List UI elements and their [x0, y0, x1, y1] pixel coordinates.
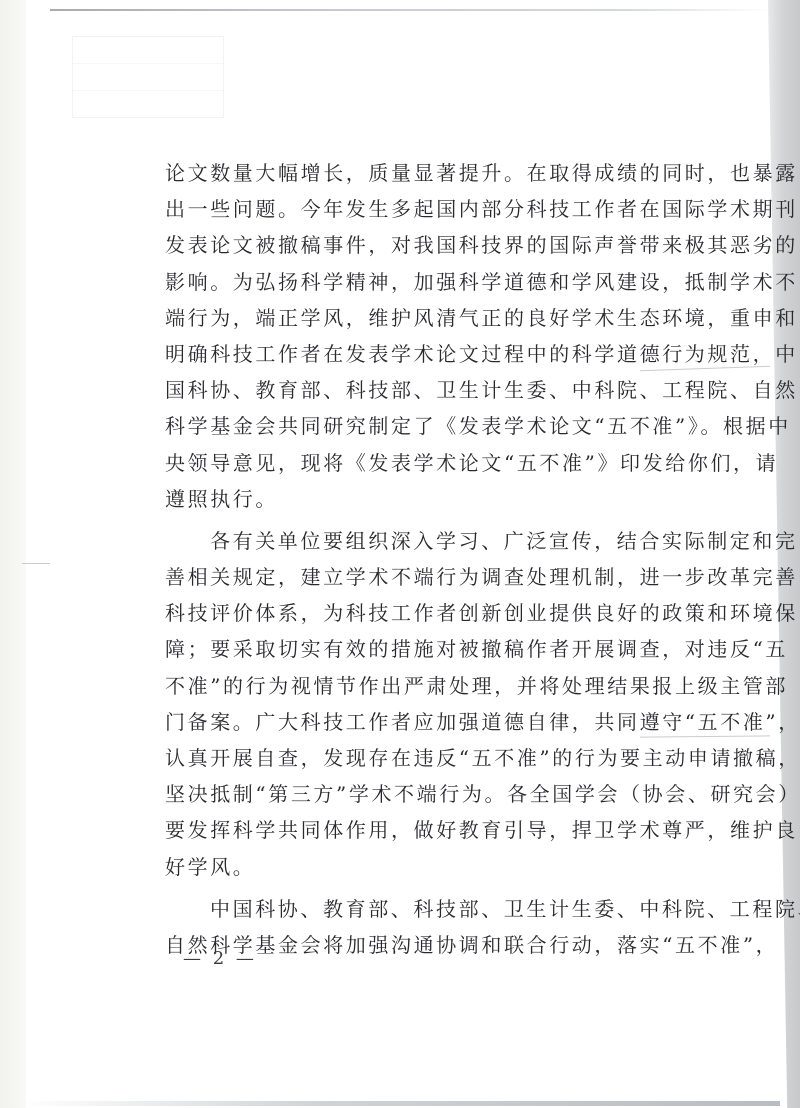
text-line: 央领导意见，现将《发表学术论文“五不准”》印发给你们，请 — [165, 445, 685, 481]
text-line: 善相关规定，建立学术不端行为调查处理机制，进一步改革完善 — [165, 559, 685, 595]
text-line: 国科协、教育部、科技部、卫生计生委、中科院、工程院、自然 — [165, 372, 685, 408]
document-body: 论文数量大幅增长，质量显著提升。在取得成绩的同时，也暴露 出一些问题。今年发生多… — [165, 155, 685, 963]
text-line: 门备案。广大科技工作者应加强道德自律，共同遵守“五不准”， — [165, 704, 685, 740]
text-line: 中国科协、教育部、科技部、卫生计生委、中科院、工程院、 — [165, 891, 685, 927]
text-line: 坚决抵制“第三方”学术不端行为。各全国学会（协会、研究会） — [165, 776, 685, 812]
scan-left-edge — [0, 0, 26, 1108]
text-line: 障；要采取切实有效的措施对被撤稿作者开展调查，对违反“五 — [165, 631, 685, 667]
text-line: 遵照执行。 — [165, 481, 685, 517]
fold-line-left — [22, 563, 50, 564]
text-line: 出一些问题。今年发生多起国内部分科技工作者在国际学术期刊 — [165, 191, 685, 227]
scan-bottom-border — [20, 1101, 780, 1106]
text-line: 认真开展自查，发现存在违反“五不准”的行为要主动申请撤稿， — [165, 740, 685, 776]
text-line: 各有关单位要组织深入学习、广泛宣传，结合实际制定和完 — [165, 523, 685, 559]
text-line: 发表论文被撤稿事件，对我国科技界的国际声誉带来极其恶劣的 — [165, 227, 685, 263]
text-line: 好学风。 — [165, 849, 685, 885]
text-line: 要发挥科学共同体作用，做好教育引导，捍卫学术尊严，维护良 — [165, 812, 685, 848]
scan-top-border — [50, 9, 770, 11]
paragraph-1: 论文数量大幅增长，质量显著提升。在取得成绩的同时，也暴露 出一些问题。今年发生多… — [165, 155, 685, 517]
text-line: 不准”的行为视情节作出严肃处理，并将处理结果报上级主管部 — [165, 668, 685, 704]
text-line: 论文数量大幅增长，质量显著提升。在取得成绩的同时，也暴露 — [165, 155, 685, 191]
text-line: 科技评价体系，为科技工作者创新创业提供良好的政策和环境保 — [165, 595, 685, 631]
page-number: — 2 — — [183, 948, 257, 969]
text-line: 端行为，端正学风，维护风清气正的良好学术生态环境，重申和 — [165, 300, 685, 336]
text-line: 影响。为弘扬科学精神，加强科学道德和学风建设，抵制学术不 — [165, 264, 685, 300]
faded-stamp-box — [72, 36, 224, 118]
text-line: 明确科技工作者在发表学术论文过程中的科学道德行为规范，中 — [165, 336, 685, 372]
text-line: 科学基金会共同研究制定了《发表学术论文“五不准”》。根据中 — [165, 408, 685, 444]
paragraph-2: 各有关单位要组织深入学习、广泛宣传，结合实际制定和完 善相关规定，建立学术不端行… — [165, 523, 685, 885]
